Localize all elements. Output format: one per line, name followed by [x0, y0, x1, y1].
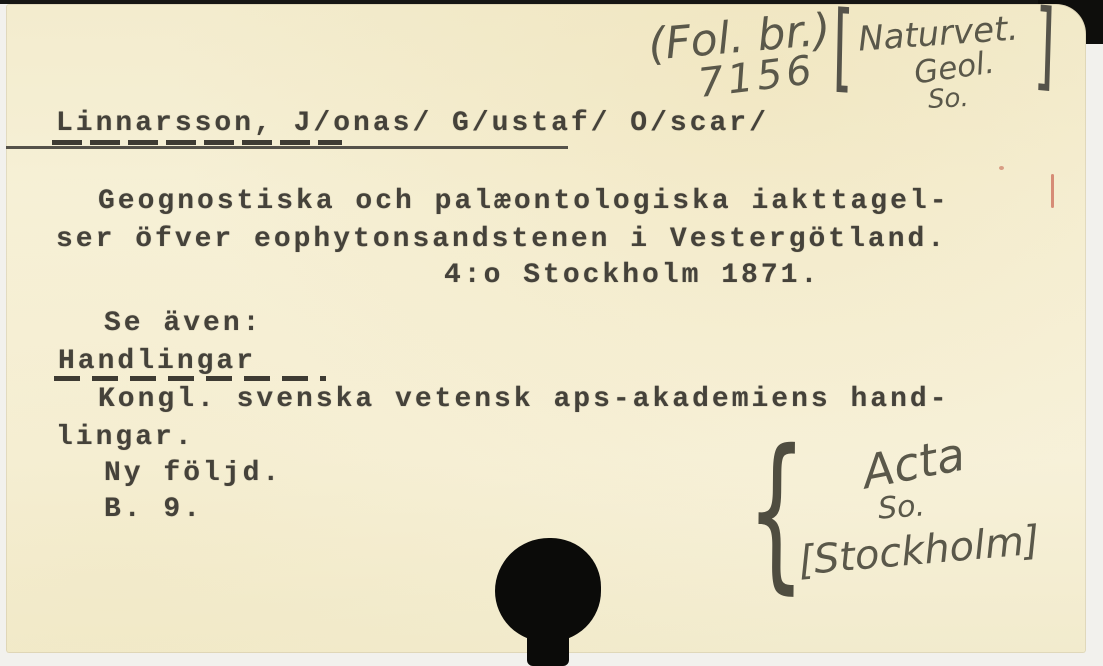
punch-hole-slot [527, 608, 569, 666]
author-heading: Linnarsson, J/onas/ G/ustaf/ O/scar/ [56, 106, 769, 142]
title-line-2: ser öfver eophytonsandstenen i Vestergöt… [56, 222, 947, 258]
series-annotation-line-3: [Stockholm] [796, 518, 1041, 585]
series-annotation-line-2: So. [877, 488, 926, 526]
scanned-catalog-card-view: (Fol. br.) 7156 [ ] Naturvet. Geol. So. … [0, 0, 1103, 666]
see-also-reference-heading: Handlingar [58, 344, 256, 380]
imprint-line: 4:o Stockholm 1871. [444, 258, 820, 294]
reference-heading-underscore [54, 376, 326, 381]
see-also-label: Se även: [104, 306, 262, 342]
see-also-reference-line-4: B. 9. [104, 492, 203, 528]
classification-right-bracket-icon: ] [1033, 0, 1057, 102]
title-line-1: Geognostiska och palæontologiska iakttag… [98, 184, 950, 220]
classification-left-bracket-icon: [ [832, 0, 855, 103]
see-also-reference-line-2: lingar. [56, 420, 195, 456]
heading-typed-underscore [52, 140, 342, 145]
heading-underline [6, 146, 568, 149]
red-speck [999, 166, 1004, 170]
handwritten-brace-icon: { [746, 412, 807, 610]
see-also-reference-line-1: Kongl. svenska vetensk aps-akademiens ha… [98, 382, 950, 418]
classification-line-3: So. [927, 83, 969, 115]
red-pen-mark [1051, 174, 1054, 208]
see-also-reference-line-3: Ny följd. [104, 456, 282, 492]
